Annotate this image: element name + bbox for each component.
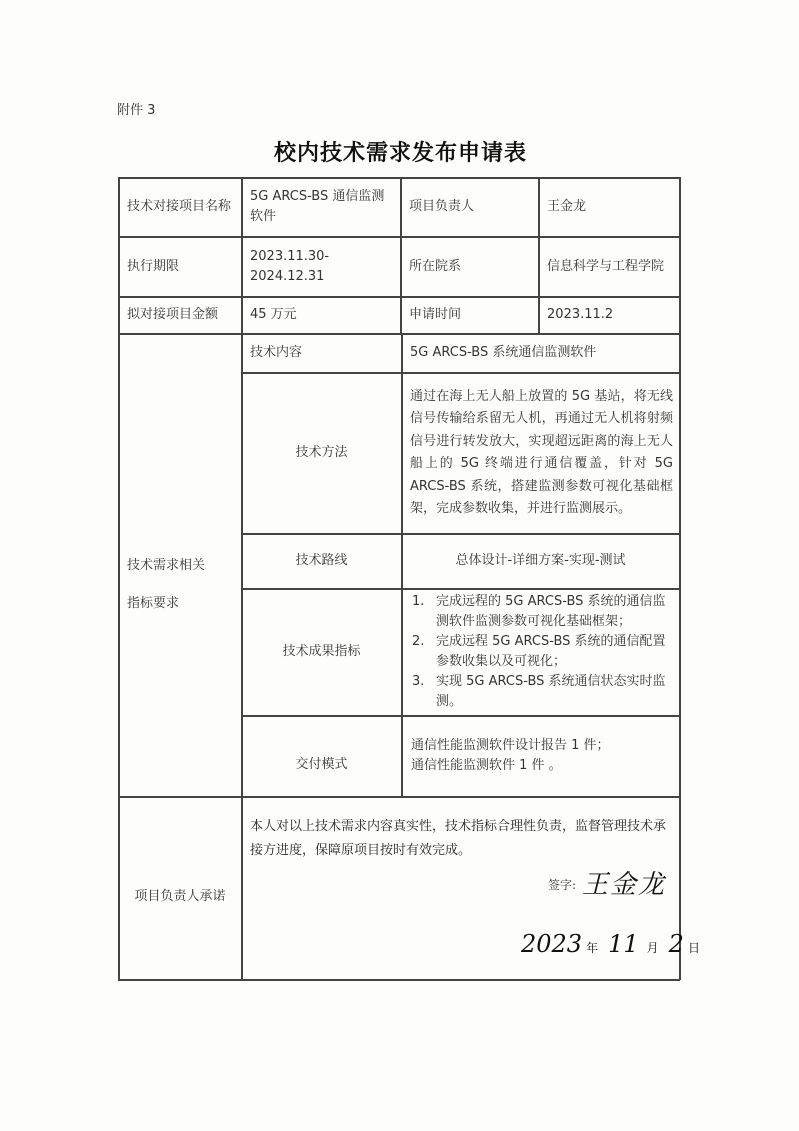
- date-day: 2: [669, 930, 684, 958]
- outcome-number: 1.: [412, 592, 436, 632]
- leader-label: 项目负责人: [401, 178, 538, 236]
- outcome-number: 2.: [412, 632, 436, 672]
- outcome-label: 技术成果指标: [242, 589, 401, 715]
- outcome-number: 3.: [412, 672, 436, 712]
- date-year: 2023: [521, 930, 582, 958]
- delivery-line: 通信性能监测软件设计报告 1 件；: [411, 736, 610, 756]
- amount-value: 45 万元: [242, 297, 400, 333]
- delivery-line: 通信性能监测软件 1 件 。: [411, 756, 562, 776]
- project-name-value: 5G ARCS-BS 通信监测软件: [242, 178, 400, 236]
- leader-value: 王金龙: [539, 178, 679, 236]
- month-unit: 月: [647, 939, 659, 956]
- outcome-text: 完成远程的 5G ARCS-BS 系统的通信监测软件监测参数可视化基础框架；: [436, 592, 673, 632]
- route-label: 技术路线: [242, 534, 401, 588]
- project-name-label: 技术对接项目名称: [119, 178, 241, 236]
- date-month: 11: [608, 930, 639, 958]
- pledge-date: 2023 年 11 月 2 日: [521, 930, 700, 958]
- delivery-label: 交付模式: [242, 716, 401, 796]
- day-unit: 日: [688, 939, 700, 956]
- table-border-right: [679, 177, 681, 980]
- dept-value: 信息科学与工程学院: [539, 237, 679, 296]
- apply-time-label: 申请时间: [401, 297, 538, 333]
- outcome-item: 1.完成远程的 5G ARCS-BS 系统的通信监测软件监测参数可视化基础框架；: [412, 592, 673, 632]
- page-title: 校内技术需求发布申请表: [0, 136, 799, 167]
- period-value: 2023.11.30-2024.12.31: [242, 237, 400, 296]
- method-label: 技术方法: [242, 373, 401, 533]
- section-label-line1: 技术需求相关: [127, 556, 205, 576]
- title-text: 校内技术需求发布申请表: [274, 136, 527, 167]
- apply-time-value: 2023.11.2: [539, 297, 679, 333]
- outcome-list: 1.完成远程的 5G ARCS-BS 系统的通信监测软件监测参数可视化基础框架；…: [412, 592, 673, 712]
- outcome-item: 2.完成远程 5G ARCS-BS 系统的通信配置参数收集以及可视化；: [412, 632, 673, 672]
- content-value: 5G ARCS-BS 系统通信监测软件: [402, 334, 679, 372]
- content-label: 技术内容: [242, 334, 401, 372]
- year-unit: 年: [586, 939, 598, 956]
- pledge-label: 项目负责人承诺: [119, 797, 241, 979]
- attachment-label: 附件 3: [117, 99, 155, 118]
- dept-label: 所在院系: [401, 237, 538, 296]
- amount-label: 拟对接项目金额: [119, 297, 241, 333]
- signature-label: 签字:: [548, 876, 576, 893]
- outcome-list-cell: 1.完成远程的 5G ARCS-BS 系统的通信监测软件监测参数可视化基础框架；…: [402, 589, 679, 715]
- outcome-text: 完成远程 5G ARCS-BS 系统的通信配置参数收集以及可视化；: [436, 632, 673, 672]
- route-value: 总体设计-详细方案-实现-测试: [402, 534, 679, 588]
- delivery-value: 通信性能监测软件设计报告 1 件； 通信性能监测软件 1 件 。: [402, 716, 679, 796]
- section-label-line2: 指标要求: [127, 594, 179, 614]
- pledge-text: 本人对以上技术需求内容真实性，技术指标合理性负责，监督管理技术承接方进度，保障原…: [250, 815, 672, 863]
- outcome-item: 3.实现 5G ARCS-BS 系统通信状态实时监测。: [412, 672, 673, 712]
- period-label: 执行期限: [119, 237, 241, 296]
- table-border-bottom: [118, 979, 680, 981]
- requirements-section-label: 技术需求相关 指标要求: [119, 334, 241, 796]
- signature: 王金龙: [582, 864, 666, 901]
- method-value: 通过在海上无人船上放置的 5G 基站，将无线信号传输给系留无人机，再通过无人机将…: [402, 373, 679, 533]
- outcome-text: 实现 5G ARCS-BS 系统通信状态实时监测。: [436, 672, 673, 712]
